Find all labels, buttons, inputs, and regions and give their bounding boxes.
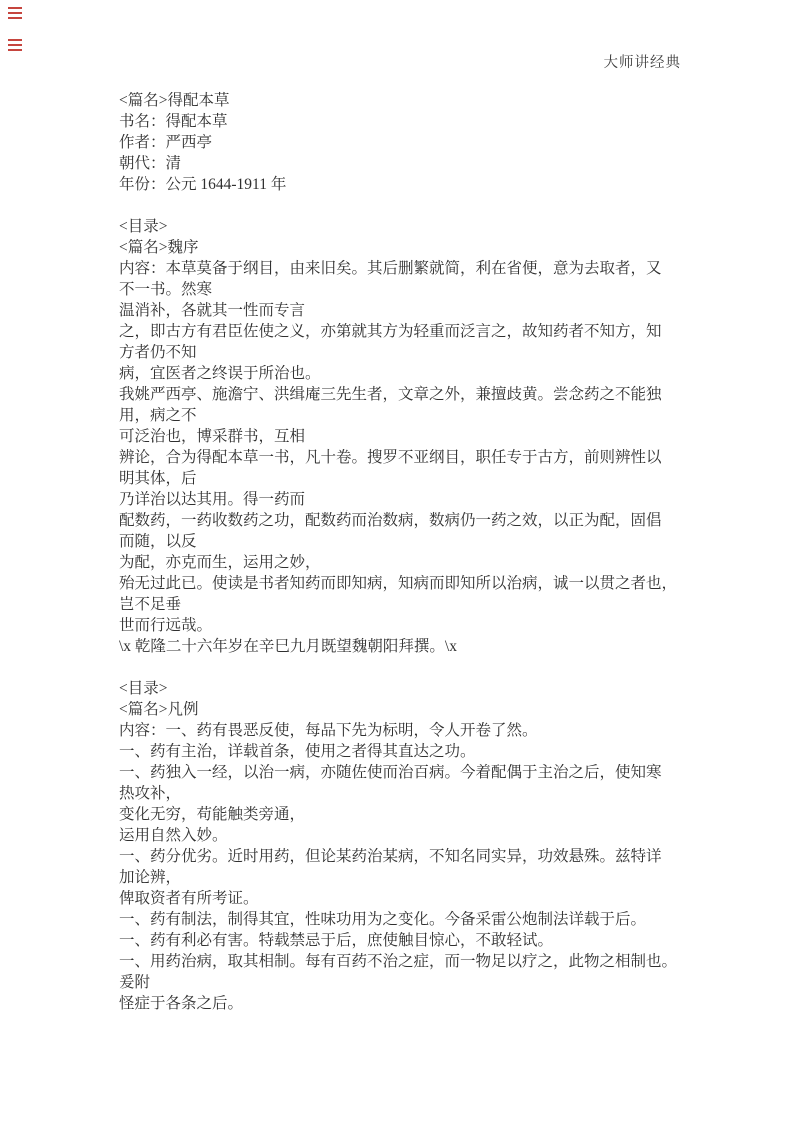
text-line: <目录> (119, 678, 719, 699)
text-line: 不一书。然寒 (119, 279, 719, 300)
text-line: 辨论，合为得配本草一书，凡十卷。搜罗不亚纲目，职任专于古方，前则辨性以 (119, 447, 719, 468)
text-line: 内容：一、药有畏恶反使，每品下先为标明，令人开卷了然。 (119, 720, 719, 741)
text-line: 一、药有主治，详载首条，使用之者得其直达之功。 (119, 741, 719, 762)
text-line: <篇名>得配本草 (119, 90, 719, 111)
text-line: 配数药，一药收数药之功，配数药而治数病，数病仍一药之效，以正为配，固倡 (119, 510, 719, 531)
text-line: 一、用药治病，取其相制。每有百药不治之症，而一物足以疗之，此物之相制也。 (119, 951, 719, 972)
text-line: 一、药分优劣。近时用药，但论某药治某病，不知名同实异，功效悬殊。兹特详 (119, 846, 719, 867)
text-line: 世而行远哉。 (119, 615, 719, 636)
blank-line (119, 195, 719, 216)
text-line: 岂不足垂 (119, 594, 719, 615)
text-line: 病，宜医者之终误于所治也。 (119, 363, 719, 384)
text-line: 用，病之不 (119, 405, 719, 426)
text-line: 内容：本草莫备于纲目，由来旧矣。其后删繁就简，利在省便，意为去取者，又 (119, 258, 719, 279)
text-line: 一、药有利必有害。特载禁忌于后，庶使触目惊心，不敢轻试。 (119, 930, 719, 951)
text-line: 明其体，后 (119, 468, 719, 489)
text-line: <篇名>凡例 (119, 699, 719, 720)
red-seal-mark-icon (8, 39, 22, 51)
text-line: 怪症于各条之后。 (119, 993, 719, 1014)
blank-line (119, 657, 719, 678)
text-line: 可泛治也，博采群书，互相 (119, 426, 719, 447)
text-line: 热攻补， (119, 783, 719, 804)
text-line: 殆无过此已。使读是书者知药而即知病，知病而即知所以治病，诚一以贯之者也， (119, 573, 719, 594)
text-line: 书名：得配本草 (119, 111, 719, 132)
text-line: 乃详治以达其用。得一药而 (119, 489, 719, 510)
text-line: 俾取资者有所考证。 (119, 888, 719, 909)
text-line: 我姚严西亭、施澹宁、洪缉庵三先生者，文章之外，兼擅歧黄。尝念药之不能独 (119, 384, 719, 405)
text-line: 作者：严西亭 (119, 132, 719, 153)
text-line: 年份：公元 1644-1911 年 (119, 174, 719, 195)
text-line: \x 乾隆二十六年岁在辛巳九月既望魏朝阳拜撰。\x (119, 636, 719, 657)
text-line: 之，即古方有君臣佐使之义，亦第就其方为轻重而泛言之，故知药者不知方，知 (119, 321, 719, 342)
text-line: 而随，以反 (119, 531, 719, 552)
text-line: 朝代：清 (119, 153, 719, 174)
text-line: 加论辨， (119, 867, 719, 888)
text-line: 一、药独入一经，以治一病，亦随佐使而治百病。今着配偶于主治之后，使知寒 (119, 762, 719, 783)
text-line: 温消补，各就其一性而专言 (119, 300, 719, 321)
text-line: 变化无穷，苟能触类旁通， (119, 804, 719, 825)
text-line: 方者仍不知 (119, 342, 719, 363)
text-line: 一、药有制法，制得其宜，性味功用为之变化。今备采雷公炮制法详载于后。 (119, 909, 719, 930)
text-line: 为配，亦克而生，运用之妙， (119, 552, 719, 573)
document-text[interactable]: <篇名>得配本草书名：得配本草作者：严西亭朝代：清年份：公元 1644-1911… (119, 90, 719, 1014)
document-page: 大师讲经典 <篇名>得配本草书名：得配本草作者：严西亭朝代：清年份：公元 164… (0, 0, 793, 1122)
header-watermark: 大师讲经典 (604, 55, 682, 71)
text-line: <目录> (119, 216, 719, 237)
text-line: <篇名>魏序 (119, 237, 719, 258)
text-line: 运用自然入妙。 (119, 825, 719, 846)
red-seal-mark-icon (8, 7, 22, 19)
text-line: 爰附 (119, 972, 719, 993)
